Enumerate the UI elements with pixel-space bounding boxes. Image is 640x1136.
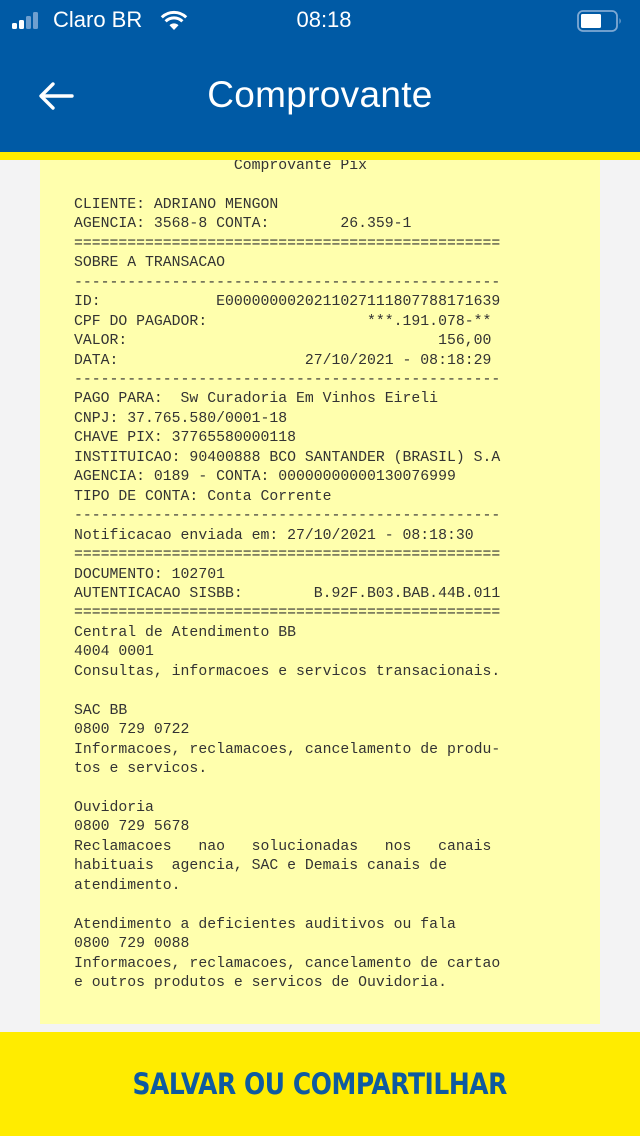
receipt-line: AUTENTICACAO SISBB: B.92F.B03.BAB.44B.01… xyxy=(74,586,500,602)
receipt-text: Comprovante Pix CLIENTE: ADRIANO MENGON … xyxy=(74,160,564,993)
receipt-line: habituais agencia, SAC e Demais canais d… xyxy=(74,858,447,874)
status-bar: Claro BR 08:18 xyxy=(0,0,640,40)
receipt-line: TIPO DE CONTA: Conta Corrente xyxy=(74,489,332,505)
receipt-line: 0800 729 0722 xyxy=(74,722,189,738)
receipt-line: CNPJ: 37.765.580/0001-18 xyxy=(74,411,287,427)
app-header: Claro BR 08:18 Comprovante xyxy=(0,0,640,152)
receipt-line: INSTITUICAO: 90400888 BCO SANTANDER (BRA… xyxy=(74,450,500,466)
receipt-line: ----------------------------------------… xyxy=(74,508,500,524)
receipt-line: Central de Atendimento BB xyxy=(74,625,296,641)
receipt-line: AGENCIA: 3568-8 CONTA: 26.359-1 xyxy=(74,216,411,232)
receipt-line: PAGO PARA: Sw Curadoria Em Vinhos Eireli xyxy=(74,391,438,407)
receipt-line: ----------------------------------------… xyxy=(74,275,500,291)
receipt-line: CLIENTE: ADRIANO MENGON xyxy=(74,197,278,213)
receipt-line: Notificacao enviada em: 27/10/2021 - 08:… xyxy=(74,528,474,544)
receipt-line: DATA: 27/10/2021 - 08:18:29 xyxy=(74,353,491,369)
receipt-line: ========================================… xyxy=(74,236,500,252)
receipt-line: 0800 729 5678 xyxy=(74,819,189,835)
receipt-scroll-area[interactable]: Comprovante Pix CLIENTE: ADRIANO MENGON … xyxy=(0,160,640,1032)
receipt-line: e outros produtos e servicos de Ouvidori… xyxy=(74,975,447,991)
page-title: Comprovante xyxy=(0,74,640,116)
receipt-line: Atendimento a deficientes auditivos ou f… xyxy=(74,917,456,933)
receipt-line: ----------------------------------------… xyxy=(74,372,500,388)
receipt-line: atendimento. xyxy=(74,878,181,894)
receipt-line: ========================================… xyxy=(74,547,500,563)
receipt-line: CPF DO PAGADOR: ***.191.078-** xyxy=(74,314,491,330)
receipt-line: CHAVE PIX: 37765580000118 xyxy=(74,430,296,446)
battery-icon xyxy=(577,10,623,32)
receipt-line: VALOR: 156,00 xyxy=(74,333,491,349)
header-accent-stripe xyxy=(0,152,640,160)
receipt-line: Comprovante Pix xyxy=(74,160,367,174)
receipt-line: Reclamacoes nao solucionadas nos canais xyxy=(74,839,491,855)
receipt-line: SOBRE A TRANSACAO xyxy=(74,255,225,271)
save-or-share-label: SALVAR OU COMPARTILHAR xyxy=(133,1067,507,1101)
receipt-line: SAC BB xyxy=(74,703,127,719)
receipt-line: Consultas, informacoes e servicos transa… xyxy=(74,664,500,680)
receipt-line: 0800 729 0088 xyxy=(74,936,189,952)
receipt-line: ========================================… xyxy=(74,605,500,621)
save-or-share-button[interactable]: SALVAR OU COMPARTILHAR xyxy=(0,1032,640,1136)
receipt-line: Informacoes, reclamacoes, cancelamento d… xyxy=(74,956,500,972)
receipt-line: ID: E0000000020211027111807788171639 xyxy=(74,294,500,310)
receipt-paper: Comprovante Pix CLIENTE: ADRIANO MENGON … xyxy=(40,160,600,1024)
receipt-line: DOCUMENTO: 102701 xyxy=(74,567,225,583)
status-time: 08:18 xyxy=(0,7,640,33)
receipt-line: AGENCIA: 0189 - CONTA: 00000000000130076… xyxy=(74,469,456,485)
receipt-line: Informacoes, reclamacoes, cancelamento d… xyxy=(74,742,500,758)
receipt-line: tos e servicos. xyxy=(74,761,207,777)
receipt-line: 4004 0001 xyxy=(74,644,154,660)
navigation-bar: Comprovante xyxy=(0,40,640,152)
receipt-line: Ouvidoria xyxy=(74,800,154,816)
